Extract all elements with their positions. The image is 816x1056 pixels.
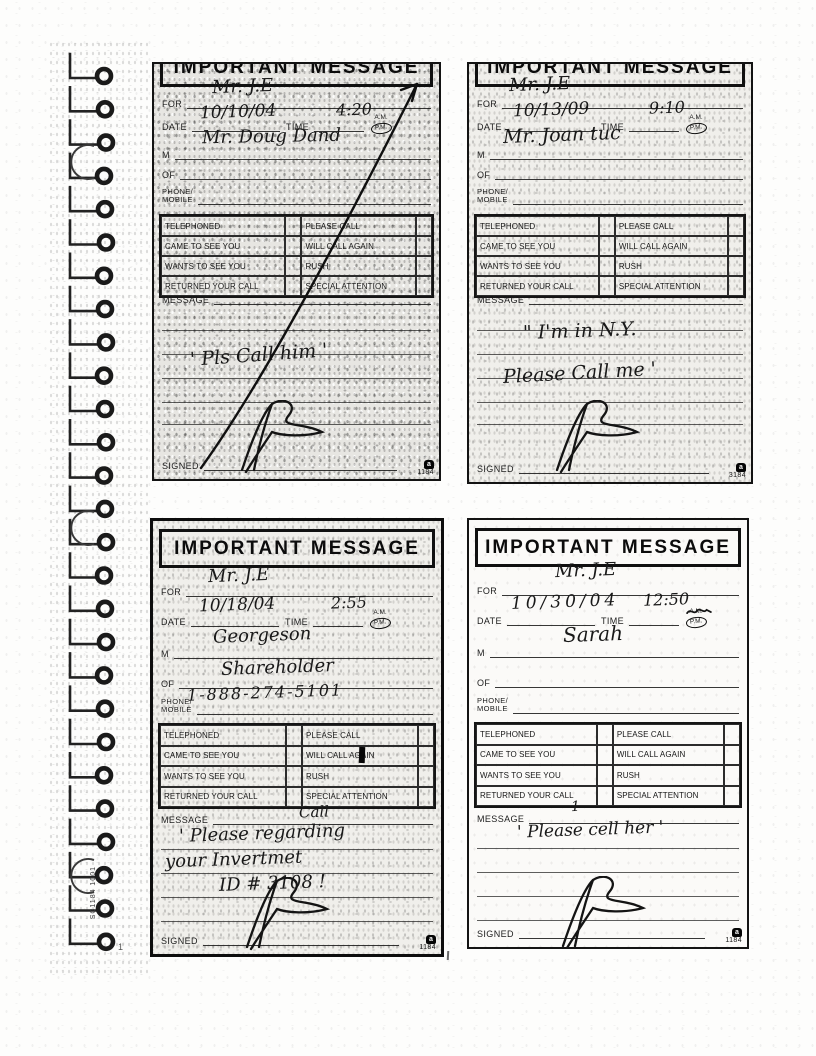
handwritten-for: Mr. J.E [212,77,274,97]
checkbox-cell [286,766,302,787]
pm-label-circled: P.M. [369,617,391,631]
checkbox-cell [416,236,432,256]
handwritten-tick: 1 [571,800,580,814]
handwritten-date: 10/18/04 [199,596,276,616]
slip-title: IMPORTANT MESSAGE [485,537,731,559]
label-please-call: PLEASE CALL [615,216,728,236]
message-line [529,288,743,305]
of-label: OF [477,679,495,688]
brand-logo-icon: a [426,935,436,944]
m-label: M [161,650,174,659]
message-slip-top-right: IMPORTANT MESSAGE FOR DATE TIME A.M. P.M… [467,62,753,484]
date-label: DATE [161,618,191,627]
handwritten-for: Mr. J.E [509,75,571,95]
checkbox-cell [286,725,302,746]
label-special-attention: SPECIAL ATTENTION [613,786,724,807]
ruled-line [162,330,431,331]
message-slip-top-left: IMPORTANT MESSAGE FOR DATE TIME A.M. P.M… [152,62,441,481]
am-label: A.M. [373,609,386,617]
signed-label: SIGNED [161,937,203,946]
pm-label-circled: P.M. [685,616,707,630]
label-will-call-again: WILL CALL AGAIN [615,236,728,256]
for-label: FOR [477,100,502,109]
label-rush: RUSH [615,256,728,276]
slip-header: IMPORTANT MESSAGE [160,62,433,87]
ruled-line [477,848,739,849]
slip-title: IMPORTANT MESSAGE [174,538,420,560]
checkbox-table: TELEPHONEDPLEASE CALL CAME TO SEE YOUWIL… [474,722,742,808]
brand-logo-icon: a [736,463,746,472]
label-telephoned: TELEPHONED [161,216,285,236]
handwritten-date: 10/13/09 [513,101,590,121]
signature-scribble [533,876,663,949]
am-label-scribbled: A.M. [689,608,702,616]
checkbox-table: TELEPHONEDPLEASE CALL CAME TO SEE YOUWIL… [474,214,746,298]
form-stock-code: SC1184 1001 [90,866,97,919]
phone-label: PHONE/MOBILE [162,188,198,205]
label-telephoned: TELEPHONED [160,725,286,746]
message-line [214,288,431,305]
slip-header: IMPORTANT MESSAGE [159,529,435,568]
handwritten-time: 12:50 [643,591,690,609]
pm-label-circled: P.M. [370,122,392,136]
message-slip-bottom-right: IMPORTANT MESSAGE FOR DATE TIME A.M. P.M… [467,518,749,949]
handwritten-caller: Mr. Doug Dand [202,127,341,147]
form-number: 1184 [419,944,436,951]
checkbox-cell [599,236,615,256]
label-please-call: PLEASE CALL [613,724,724,745]
checkbox-cell [597,786,613,807]
checkbox-table: TELEPHONEDPLEASE CALL CAME TO SEE YOUWIL… [158,723,436,809]
phone-line [513,693,739,714]
handwritten-time: 4:20 [336,101,372,118]
for-label: FOR [477,587,502,596]
handwritten-caller: Georgeson [213,625,312,646]
form-number-block: a 1184 [419,935,436,951]
checkbox-cell [728,256,744,276]
am-label: A.M. [689,114,702,122]
label-returned-your-call: RETURNED YOUR CALL [160,787,286,808]
for-label: FOR [162,100,187,109]
handwritten-message: ' Pls Call him ' [190,341,329,370]
ruled-line [477,872,739,873]
handwritten-message: ' Please regarding [179,822,346,846]
label-rush: RUSH [613,765,724,786]
signed-label: SIGNED [162,462,204,471]
handwritten-time: 2:55 [331,594,367,611]
form-number: 1184 [417,469,434,476]
checkbox-cell [418,787,434,808]
date-label: DATE [477,617,507,626]
label-please-call: PLEASE CALL [301,216,416,236]
am-pm-block: A.M. P.M. [367,609,393,629]
label-wants-to-see-you: WANTS TO SEE YOU [160,766,286,787]
form-number-block: a 1184 [725,928,742,944]
phone-field: PHONE/MOBILE [477,694,739,714]
phone-line [513,184,743,205]
label-telephoned: TELEPHONED [476,724,597,745]
message-label: MESSAGE [477,296,529,305]
handwritten-message: " I'm in N.Y. [523,320,637,343]
phone-line [198,184,431,205]
handwritten-of: Shareholder [221,657,334,679]
checkmark [359,747,366,763]
of-field: OF [477,670,739,688]
checkbox-table: TELEPHONEDPLEASE CALL CAME TO SEE YOUWIL… [159,214,434,298]
handwritten-for: Mr. J.E [555,561,617,581]
of-line [495,669,739,688]
ruled-line [477,354,743,355]
form-number: 1184 [725,937,742,944]
checkbox-cell [418,746,434,767]
m-label: M [477,151,490,160]
phone-field: PHONE/MOBILE [477,185,743,205]
am-pm-block: A.M. P.M. [683,608,709,628]
for-field: FOR [161,577,433,597]
m-label: M [477,649,490,658]
am-pm-block: A.M. P.M. [683,114,709,134]
form-number-block: a 1184 [417,460,434,476]
label-will-call-again: WILL CALL AGAIN [301,236,416,256]
checkbox-cell [285,236,301,256]
checkbox-cell [724,724,740,745]
scribble-icon [686,606,712,617]
signature-scribble [212,400,342,474]
page-number-mark: 1 [118,942,123,952]
phone-label: PHONE/MOBILE [477,188,513,205]
checkbox-cell [597,724,613,745]
of-label: OF [161,680,179,689]
handwritten-message: Please Call me ' [503,360,657,387]
label-wants-to-see-you: WANTS TO SEE YOU [476,765,597,786]
signature-scribble [217,877,347,951]
label-came-to-see-you: CAME TO SEE YOU [476,745,597,766]
checkbox-cell [418,725,434,746]
label-came-to-see-you: CAME TO SEE YOU [160,746,286,767]
slip-title: IMPORTANT MESSAGE [174,62,420,79]
message-field: MESSAGE [477,289,743,305]
stray-mark [447,951,449,960]
checkbox-cell [597,765,613,786]
checkbox-cell [418,766,434,787]
of-field: OF [477,162,743,180]
handwritten-message: Call [299,804,330,820]
checkbox-cell [724,745,740,766]
label-telephoned: TELEPHONED [476,216,599,236]
brand-logo-icon: a [732,928,742,937]
label-came-to-see-you: CAME TO SEE YOU [476,236,599,256]
label-will-call-again: WILL CALL AGAIN [613,745,724,766]
for-label: FOR [161,588,186,597]
phone-label: PHONE/MOBILE [477,697,513,714]
signed-label: SIGNED [477,465,519,474]
of-line [180,161,431,180]
ruled-line [162,378,431,379]
of-line [495,161,743,180]
message-label: MESSAGE [162,296,214,305]
of-field: OF [162,162,431,180]
handwritten-date: 10/10/04 [200,103,277,123]
checkbox-cell [285,256,301,276]
checkbox-cell [599,256,615,276]
brand-logo-icon: a [424,460,434,469]
am-label: A.M. [374,114,387,122]
checkbox-cell [285,216,301,236]
signed-label: SIGNED [477,930,519,939]
checkbox-cell [728,236,744,256]
handwritten-caller: Mr. Joan tuc [503,124,621,147]
checkbox-cell [728,216,744,236]
checkbox-cell [599,216,615,236]
pm-label-circled: P.M. [685,122,707,136]
checkbox-cell [724,786,740,807]
handwritten-date: 10/30/04 [511,592,620,613]
signature-scribble [527,400,657,474]
handwritten-caller: Sarah [563,623,624,645]
of-label: OF [162,171,180,180]
message-field: MESSAGE [162,289,431,305]
label-came-to-see-you: CAME TO SEE YOU [161,236,285,256]
handwritten-time: 9:10 [649,99,685,116]
handwritten-for: Mr. J.E [208,566,270,586]
checkbox-cell [286,746,302,767]
label-wants-to-see-you: WANTS TO SEE YOU [161,256,285,276]
handwritten-message: your Invertmet [165,849,303,872]
label-rush: RUSH [302,766,418,787]
message-label: MESSAGE [161,816,213,825]
message-slip-bottom-left: IMPORTANT MESSAGE FOR DATE TIME A.M. P.M… [150,518,444,957]
checkbox-cell [416,256,432,276]
checkbox-cell [416,216,432,236]
date-label: DATE [162,123,192,132]
label-wants-to-see-you: WANTS TO SEE YOU [476,256,599,276]
label-rush: RUSH [301,256,416,276]
checkbox-cell [597,745,613,766]
m-label: M [162,151,175,160]
of-label: OF [477,171,495,180]
checkbox-cell [724,765,740,786]
form-number-block: a 3184 [729,463,746,479]
phone-field: PHONE/MOBILE [162,185,431,205]
spiral-binding [58,50,128,962]
form-number: 3184 [729,472,746,479]
handwritten-message: ' Please cell her ' [517,819,664,841]
label-please-call: PLEASE CALL [302,725,418,746]
